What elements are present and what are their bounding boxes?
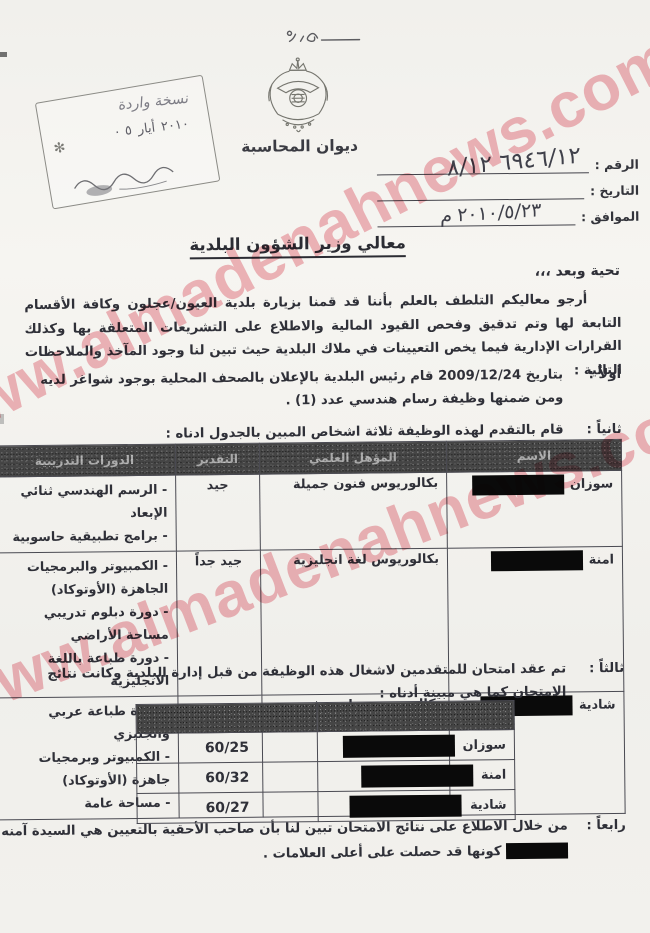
ref-number-line: ٦٩٤٦/١٢ ٨/١٢ xyxy=(377,146,589,175)
handwritten-mark xyxy=(243,26,363,53)
stamp-signature-scribble xyxy=(66,154,189,204)
ref-agreed-line: م ٢٠١٠/٥/٢٣ xyxy=(377,198,575,227)
exam-results-table: سوزان 60/25 امنة 60/32 شادية 60/27 xyxy=(135,700,515,824)
item-first-label: أولاً : xyxy=(589,363,622,386)
stamp-date: ٥ ٠ أيار ٢٠١٠ xyxy=(114,117,191,141)
item-third-label: ثالثاً : xyxy=(589,657,624,680)
ref-agreed-digits: ٢٠١٠/٥/٢٣ xyxy=(457,199,542,226)
illegible-header-cell xyxy=(136,703,317,734)
result-name: شادية xyxy=(470,797,507,812)
col-qualification: المؤهل العلمي xyxy=(259,441,446,474)
ref-number-row: الرقم : ٦٩٤٦/١٢ ٨/١٢ xyxy=(377,147,639,176)
item-second-text: قام بالتقدم لهذه الوظيفة ثلاثة اشخاص الم… xyxy=(165,422,563,441)
result-name-cell: امنة xyxy=(318,760,515,792)
scan-speck xyxy=(0,414,4,424)
reference-block: الرقم : ٦٩٤٦/١٢ ٨/١٢ التاريخ : الموافق :… xyxy=(377,147,640,228)
item-fourth-text-after: كونها قد حصلت على أعلى العلامات . xyxy=(263,844,502,861)
item-fourth-text-before: من خلال الاطلاع على نتائج الامتحان تبين … xyxy=(1,818,568,839)
redaction-box xyxy=(506,842,568,859)
stamp-date-year: ٢٠١٠ xyxy=(161,117,190,135)
applicant-courses: - الرسم الهندسي ثنائي الإبعاد - برامج تط… xyxy=(0,475,176,553)
result-name: سوزان xyxy=(463,737,506,752)
results-header-row xyxy=(136,701,514,734)
salutation: تحية وبعد ،،، xyxy=(535,263,620,280)
stamp-received-text: نسخة واردة xyxy=(118,91,189,114)
recipient-title-wrap: معالي وزير الشؤون البلدية xyxy=(0,231,598,261)
letter-document: ديوان المحاسبة نسخة واردة ٥ ٠ أيار ٢٠١٠ … xyxy=(0,0,650,933)
recipient-title: معالي وزير الشؤون البلدية xyxy=(189,233,406,259)
stamp-ornament-icon: ✻ xyxy=(52,140,66,158)
item-first-text: بتاريخ 2009/12/24 قام رئيس البلدية بالإع… xyxy=(40,368,563,409)
stamp-date-day: ٥ ٠ xyxy=(114,123,134,140)
result-score: 60/32 xyxy=(137,762,318,794)
ref-agreed-value: م ٢٠١٠/٥/٢٣ xyxy=(440,199,541,227)
received-stamp: نسخة واردة ٥ ٠ أيار ٢٠١٠ ✻ xyxy=(35,75,221,210)
ref-date-label: التاريخ : xyxy=(590,183,639,200)
applicant-name-cell: سوزان xyxy=(447,470,623,548)
ref-agreed-suffix: م xyxy=(440,205,452,228)
item-third-text: تم عقد امتحان للمتقدمين لاشغال هذه الوظي… xyxy=(47,661,566,701)
table-row: سوزان 60/25 xyxy=(136,730,514,764)
ref-date-line xyxy=(377,172,584,201)
col-grade: التقدير xyxy=(175,443,259,475)
jordan-coat-of-arms xyxy=(250,56,347,139)
course-line: - دورة دبلوم تدريبي مساحة الأراضي xyxy=(3,601,168,649)
table-row: امنة 60/32 xyxy=(137,760,515,794)
ref-agreed-row: الموافق : م ٢٠١٠/٥/٢٣ xyxy=(377,199,639,228)
illegible-header-cell xyxy=(317,701,514,732)
redaction-box xyxy=(361,764,473,787)
course-line: - الكمبيوتر والبرمجيات الجاهزة (الأوتوكا… xyxy=(3,555,168,603)
item-fourth-label: رابعاً : xyxy=(586,813,626,838)
item-fourth: رابعاً : من خلال الاطلاع على نتائج الامت… xyxy=(36,813,626,869)
table-row: سوزان بكالوريوس فنون جميلة جيد - الرسم ا… xyxy=(0,470,622,553)
stamp-date-month: أيار xyxy=(137,120,156,137)
scanned-document-page: ديوان المحاسبة نسخة واردة ٥ ٠ أيار ٢٠١٠ … xyxy=(0,0,650,933)
item-second-label: ثانياً : xyxy=(586,418,621,441)
redaction-box xyxy=(472,474,564,495)
col-courses: الدورات التدريبية xyxy=(0,444,176,477)
scan-speck xyxy=(0,52,7,57)
course-line: - الرسم الهندسي ثنائي الإبعاد xyxy=(2,479,167,527)
result-score: 60/25 xyxy=(136,732,317,764)
redaction-box xyxy=(343,734,455,757)
ref-date-row: التاريخ : xyxy=(377,173,639,202)
org-name: ديوان المحاسبة xyxy=(225,136,375,156)
result-name: امنة xyxy=(481,767,506,782)
course-line: - برامج تطبيقية حاسوبية xyxy=(3,525,168,550)
result-name-cell: سوزان xyxy=(317,730,514,762)
redaction-box xyxy=(491,550,583,571)
ref-number-label: الرقم : xyxy=(595,157,639,173)
applicant-qualification: بكالوريوس فنون جميلة xyxy=(260,472,448,550)
col-name: الاسم xyxy=(446,439,621,472)
applicant-name: امنة xyxy=(589,552,614,567)
applicant-name: سوزان xyxy=(570,476,613,491)
item-first: أولاً : بتاريخ 2009/12/24 قام رئيس البلد… xyxy=(31,363,621,415)
applicant-grade: جيد xyxy=(176,474,261,551)
ref-agreed-label: الموافق : xyxy=(581,209,639,226)
